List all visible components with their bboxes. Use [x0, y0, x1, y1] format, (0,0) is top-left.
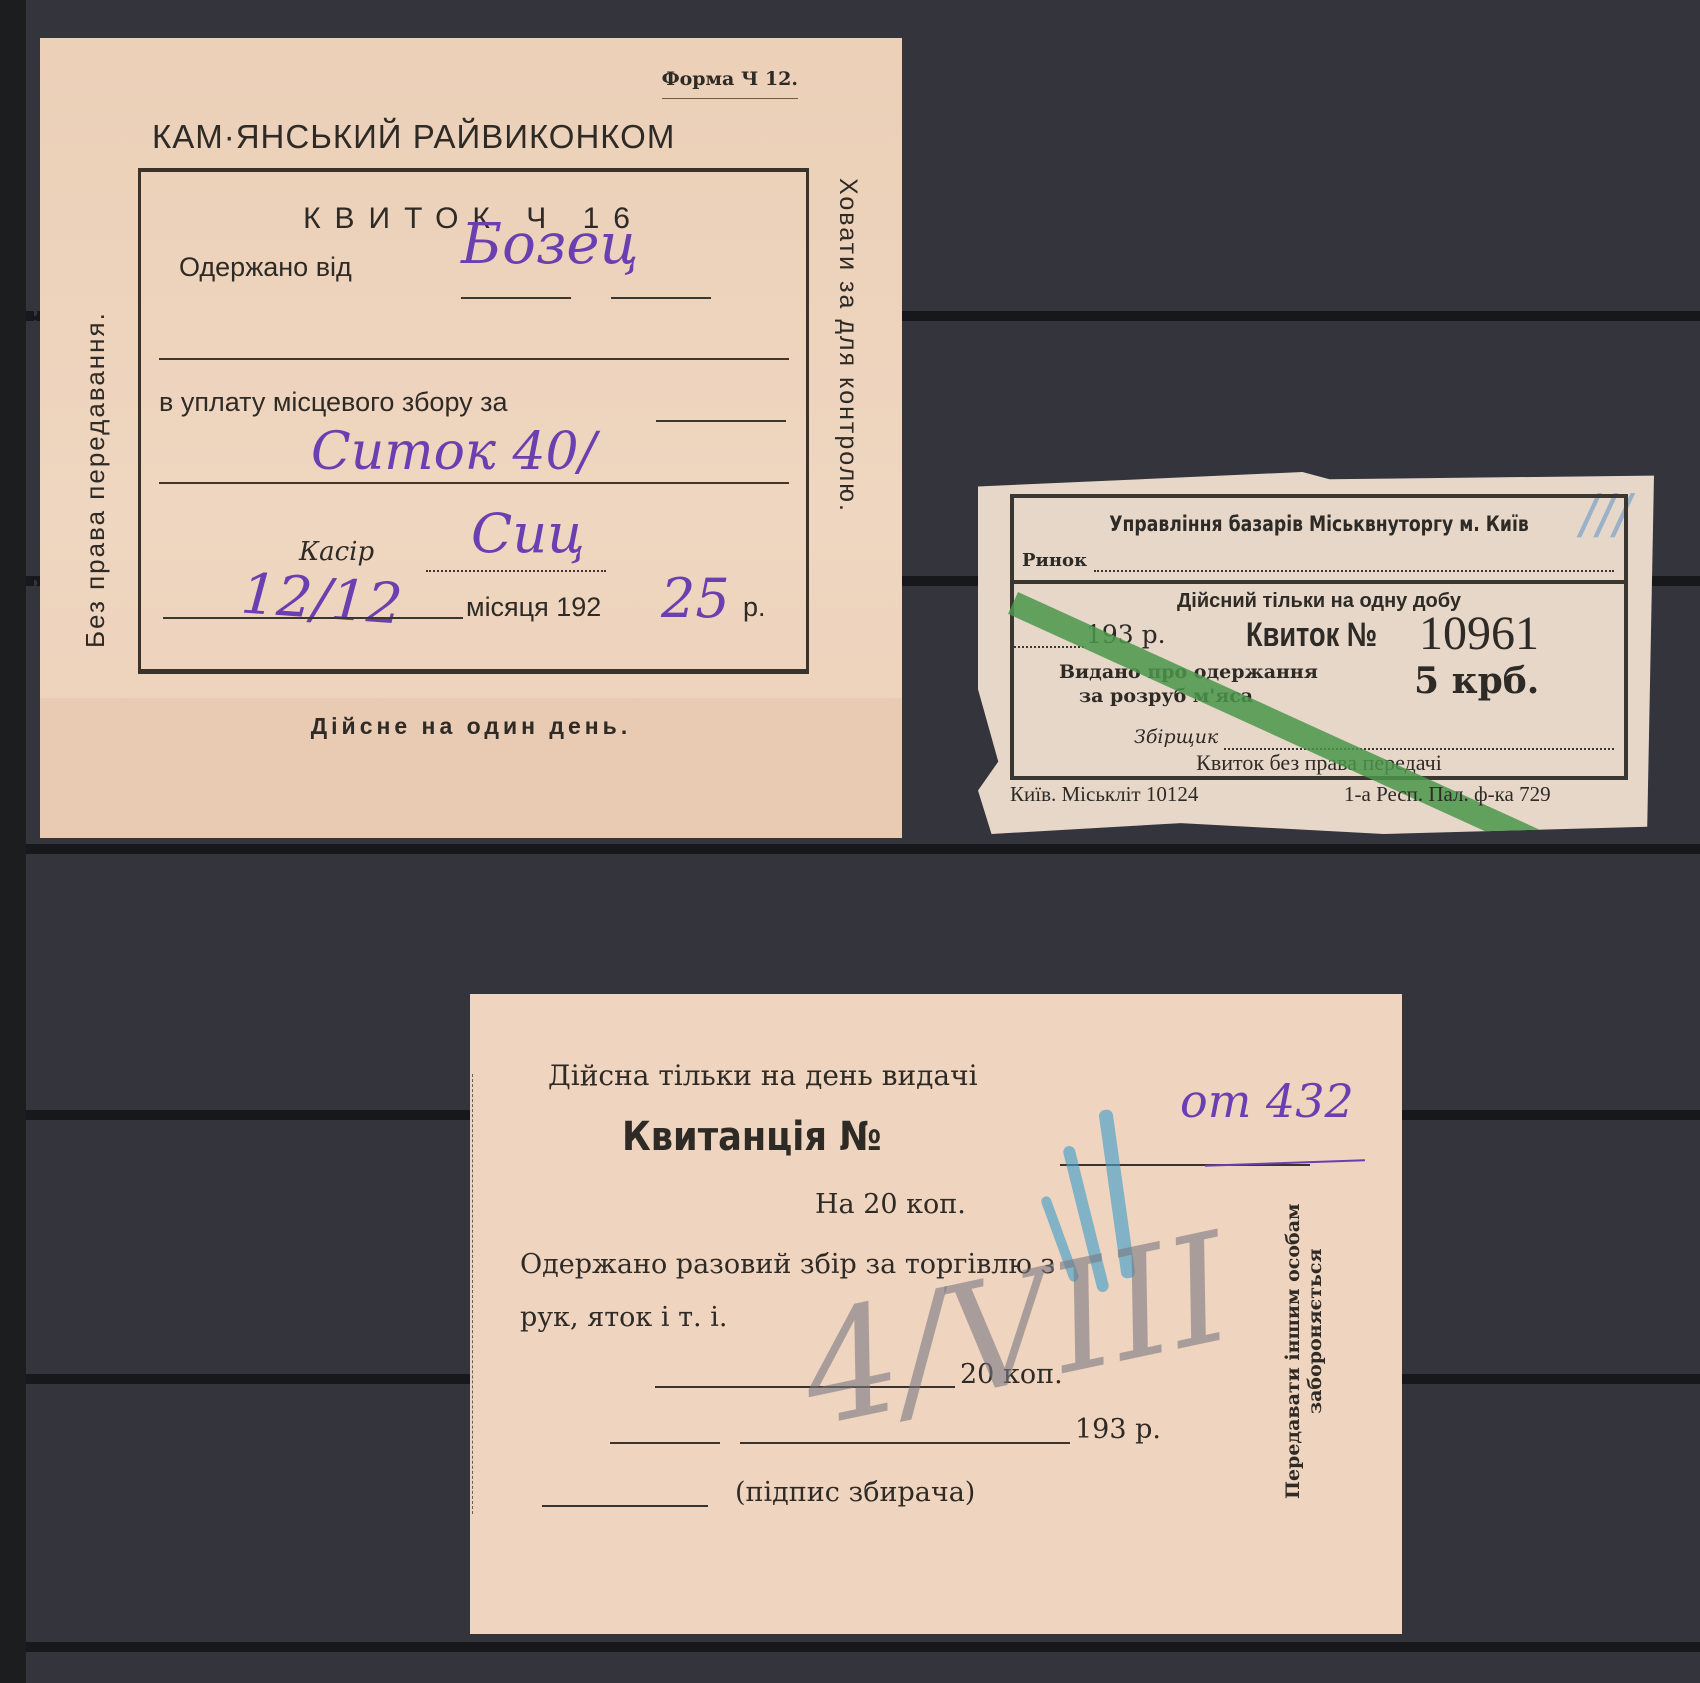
ticket-label: Квиток № — [1246, 616, 1377, 655]
fill-line — [610, 1442, 720, 1444]
received-from-handwritten: Бозец — [461, 212, 639, 277]
issuer-heading: Управління базарів Міськвнуторгу м. Київ — [1069, 512, 1569, 536]
stockbook-strip — [26, 844, 1700, 854]
signature-line — [542, 1505, 708, 1507]
cut-edge — [472, 1074, 473, 1514]
year-suffix: р. — [743, 592, 766, 623]
fill-line — [163, 617, 463, 619]
vertical-note-line1: Передавати іншим особам — [1282, 1203, 1304, 1499]
receipt-frame: КВИТОК Ч 16 Одержано від Бозец в уплату … — [138, 168, 809, 674]
album-spine — [0, 0, 26, 1683]
vertical-note-right: Ховати за для контролю. — [833, 178, 862, 513]
fill-line — [461, 297, 571, 299]
cashier-label: Касір — [299, 537, 374, 567]
market-label: Ринок — [1022, 550, 1087, 571]
receipt-kyiv-bazaar: /// Управління базарів Міськвнуторгу м. … — [978, 472, 1654, 834]
receipt-title: Квитанція № — [622, 1114, 882, 1160]
form-number: Форма Ч 12. — [662, 68, 798, 99]
fill-line — [611, 297, 711, 299]
signature-line — [426, 570, 606, 572]
vertical-note-line2: забороняється — [1304, 1248, 1326, 1414]
cashier-signature: Сиц — [471, 502, 585, 565]
fill-line — [1094, 570, 1614, 572]
signature-label: (підпис збирача) — [735, 1477, 975, 1508]
printer-imprint-left: Київ. Міськліт 10124 — [1010, 782, 1198, 807]
fill-line — [1014, 646, 1084, 648]
grey-pencil-mark: 4/VIII — [787, 1201, 1246, 1461]
receipt-kamyanskyi: Форма Ч 12. КАМ·ЯНСЬКИЙ РАЙВИКОНКОМ Без … — [40, 38, 902, 838]
amount-heading: На 20 коп. — [815, 1189, 966, 1220]
received-from-label: Одержано від — [179, 252, 352, 283]
month-label: місяця 192 — [466, 592, 601, 623]
ticket-number: 10961 — [1419, 606, 1539, 661]
date-line: 193 р. — [1075, 1414, 1161, 1445]
separator — [1014, 580, 1624, 584]
fill-line — [159, 482, 789, 484]
collector-label: Збірщик — [1134, 726, 1218, 748]
fill-line — [159, 358, 789, 360]
printer-imprint-right: 1-а Респ. Пал. ф-ка 729 — [1344, 782, 1551, 807]
validity-note: Дійсна тільки на день видачі — [548, 1059, 978, 1092]
body-line2: рук, яток і т. і. — [520, 1302, 727, 1333]
issuer-heading: КАМ·ЯНСЬКИЙ РАЙВИКОНКОМ — [152, 118, 675, 156]
payment-handwritten: Ситок 40/ — [311, 422, 596, 482]
receipt-trade-fee: Дійсна тільки на день видачі Квитанція №… — [470, 994, 1402, 1634]
date-handwritten: 12/12 — [239, 561, 405, 637]
vertical-note-left: Без права передавання. — [80, 311, 111, 648]
year-handwritten: 25 — [661, 567, 730, 630]
stockbook-strip — [26, 1642, 1700, 1652]
receipt-number-handwritten: от 432 — [1180, 1074, 1354, 1128]
fill-line — [656, 420, 786, 422]
payment-label: в уплату місцевого збору за — [159, 387, 508, 418]
validity-note: Дійсне на один день. — [40, 713, 902, 740]
amount: 5 крб. — [1414, 660, 1539, 702]
